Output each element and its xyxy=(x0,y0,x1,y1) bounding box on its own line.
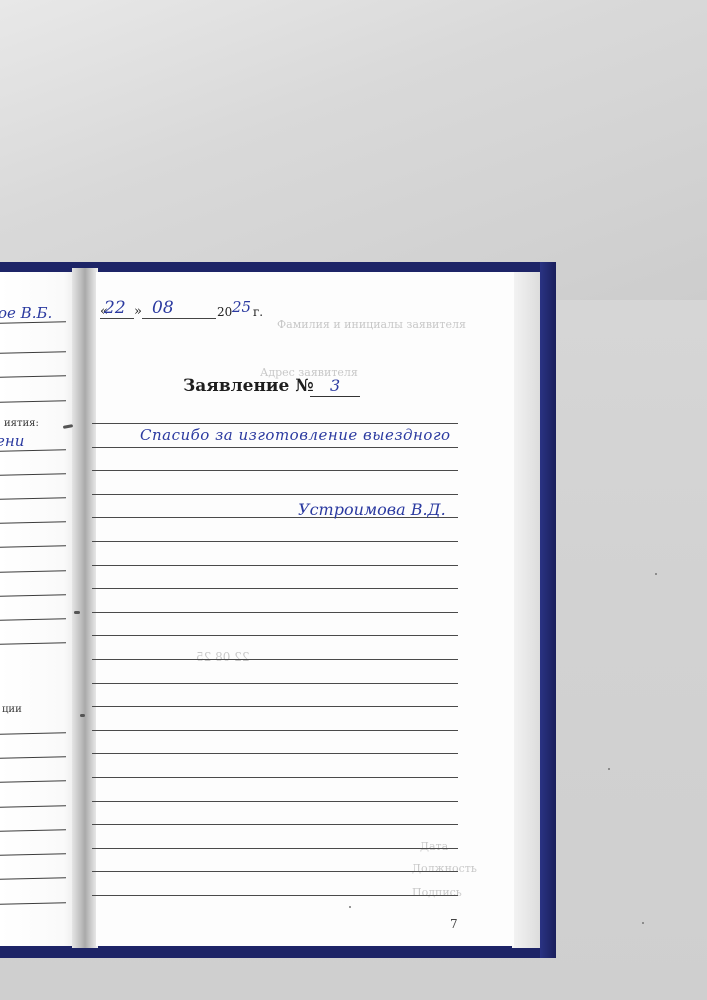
ruled-line xyxy=(92,848,458,849)
ruled-line xyxy=(92,541,458,542)
ruled-line xyxy=(92,777,458,778)
ruled-line xyxy=(92,753,458,754)
ruled-line xyxy=(92,470,458,471)
ruled-line xyxy=(92,895,458,896)
left-page xyxy=(0,272,80,946)
ghost-text: Должность xyxy=(412,862,477,875)
ruled-line xyxy=(92,423,458,424)
page-stack-edge xyxy=(512,272,540,948)
date-day-line xyxy=(100,318,134,319)
date-year-prefix: 20 xyxy=(217,305,232,319)
ruled-line xyxy=(92,612,458,613)
binding-mark xyxy=(80,714,85,717)
ghost-text: Подпись xyxy=(412,886,462,899)
dust-speck xyxy=(608,768,610,770)
ruled-line xyxy=(92,635,458,636)
date-year-unit: г. xyxy=(253,305,263,319)
ghost-text xyxy=(240,631,480,644)
ruled-line xyxy=(92,871,458,872)
date-day: 22 xyxy=(104,298,126,318)
ruled-line xyxy=(92,824,458,825)
scan-background xyxy=(0,0,707,300)
ghost-text: Дата xyxy=(420,840,448,853)
ruled-line xyxy=(92,565,458,566)
date-year-suffix: 25 xyxy=(232,298,251,316)
ruled-line xyxy=(92,730,458,731)
left-label-1: иятия: xyxy=(4,418,39,429)
ruled-line xyxy=(92,494,458,495)
dust-speck xyxy=(349,906,351,908)
application-number-line xyxy=(310,396,360,397)
ruled-line xyxy=(92,588,458,589)
date-month-line xyxy=(142,318,216,319)
dust-speck xyxy=(655,573,657,575)
dust-speck xyxy=(642,922,644,924)
left-handwriting-1: ое В.Б. xyxy=(0,304,52,322)
date-month: 08 xyxy=(152,298,174,318)
ruled-line xyxy=(92,683,458,684)
handwritten-signature: Устроимова В.Д. xyxy=(298,500,446,519)
notebook-gutter xyxy=(72,268,98,948)
binding-mark xyxy=(74,611,80,614)
left-label-2: ции xyxy=(2,704,22,715)
ruled-line xyxy=(92,659,458,660)
ruled-line xyxy=(92,447,458,448)
handwritten-text-line-1: Спасибо за изготовление выездного xyxy=(140,426,451,444)
page-title: Заявление № xyxy=(183,376,314,396)
ruled-line xyxy=(92,801,458,802)
cover-edge xyxy=(540,262,556,958)
ghost-text: Фамилия и инициалы заявителя xyxy=(277,318,466,331)
date-close-quote: » xyxy=(134,304,142,319)
application-number: 3 xyxy=(330,376,340,395)
ghost-text: 22 08 25 xyxy=(196,650,249,664)
left-handwriting-2: ени xyxy=(0,432,24,450)
ruled-line xyxy=(92,706,458,707)
page-number: 7 xyxy=(450,917,458,931)
